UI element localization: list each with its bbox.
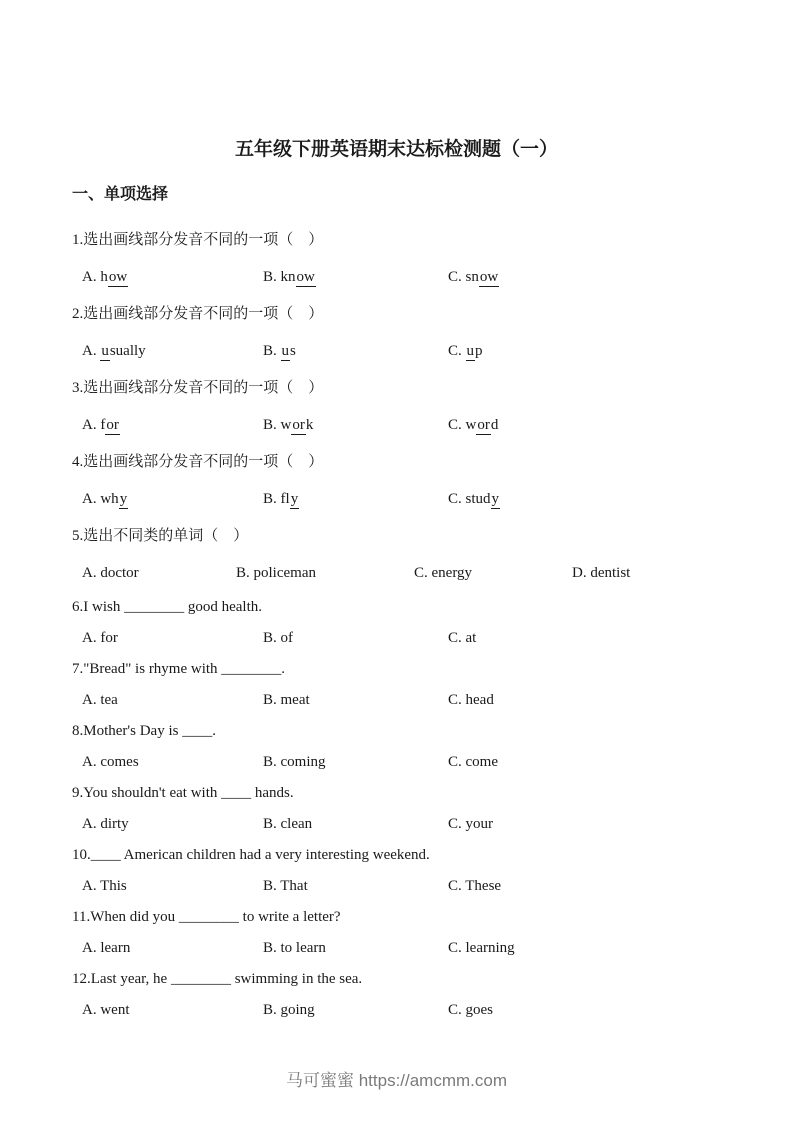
option-text: energy — [432, 565, 473, 581]
option-a: A. usually — [82, 333, 146, 370]
option-text: w — [466, 417, 477, 433]
question-options: A. ThisB. ThatC. These — [72, 871, 753, 902]
option-text: of — [281, 630, 294, 646]
question-stem: 11.When did you ________ to write a lett… — [72, 902, 753, 933]
option-label: D. — [572, 565, 587, 581]
option-b: B. to learn — [263, 933, 326, 964]
question-options: A. usuallyB. usC. up — [72, 333, 753, 370]
option-text: meat — [281, 692, 310, 708]
question-options: A. wentB. goingC. goes — [72, 995, 753, 1026]
option-b: B. going — [263, 995, 315, 1026]
question-stem: 10.____ American children had a very int… — [72, 840, 753, 871]
option-a: A. tea — [82, 685, 118, 716]
page-title: 五年级下册英语期末达标检测题（一） — [0, 0, 793, 161]
question-options: A. forB. ofC. at — [72, 623, 753, 654]
option-underlined-letters: ow — [296, 269, 316, 287]
question-options: A. teaB. meatC. head — [72, 685, 753, 716]
section-heading: 一、单项选择 — [72, 181, 793, 204]
option-c: C. word — [448, 407, 498, 444]
option-c: C. head — [448, 685, 494, 716]
exam-paper-page: 五年级下册英语期末达标检测题（一） 一、单项选择 1.选出画线部分发音不同的一项… — [0, 0, 793, 1122]
option-b: B. of — [263, 623, 293, 654]
option-label: B. — [263, 692, 277, 708]
option-text: wh — [100, 491, 118, 507]
option-label: C. — [448, 692, 462, 708]
option-a: A. for — [82, 623, 118, 654]
option-label: B. — [263, 630, 277, 646]
option-d: D. dentist — [572, 555, 630, 592]
option-text: d — [491, 417, 499, 433]
option-underlined-letters: u — [100, 343, 110, 361]
question-stem: 9.You shouldn't eat with ____ hands. — [72, 778, 753, 809]
option-label: B. — [263, 343, 277, 359]
option-label: C. — [448, 491, 462, 507]
question-stem: 1.选出画线部分发音不同的一项（ ） — [72, 222, 753, 259]
option-label: C. — [448, 269, 462, 285]
option-label: A. — [82, 878, 97, 894]
option-label: C. — [448, 1002, 462, 1018]
option-label: A. — [82, 343, 97, 359]
option-label: C. — [448, 816, 462, 832]
option-text: going — [281, 1002, 315, 1018]
option-text: policeman — [254, 565, 316, 581]
question-stem: 4.选出画线部分发音不同的一项（ ） — [72, 444, 753, 481]
question-stem: 2.选出画线部分发音不同的一项（ ） — [72, 296, 753, 333]
option-c: C. These — [448, 871, 501, 902]
option-text: went — [100, 1002, 129, 1018]
option-a: A. learn — [82, 933, 130, 964]
option-label: B. — [263, 878, 277, 894]
option-c: C. study — [448, 481, 500, 518]
option-underlined-letters: or — [476, 417, 491, 435]
option-c: C. your — [448, 809, 493, 840]
option-text: s — [290, 343, 296, 359]
question-options: A. doctorB. policemanC. energyD. dentist — [72, 555, 753, 592]
option-label: B. — [263, 754, 277, 770]
option-label: C. — [448, 940, 462, 956]
option-label: B. — [263, 1002, 277, 1018]
option-b: B. meat — [263, 685, 310, 716]
option-text: That — [280, 878, 308, 894]
option-text: comes — [100, 754, 138, 770]
option-text: w — [281, 417, 292, 433]
option-b: B. work — [263, 407, 313, 444]
option-text: to learn — [281, 940, 326, 956]
option-label: A. — [82, 754, 97, 770]
option-c: C. up — [448, 333, 483, 370]
option-text: fl — [281, 491, 290, 507]
question-stem: 6.I wish ________ good health. — [72, 592, 753, 623]
option-c: C. learning — [448, 933, 515, 964]
option-text: goes — [466, 1002, 494, 1018]
option-label: B. — [263, 417, 277, 433]
option-label: A. — [82, 692, 97, 708]
option-underlined-letters: ow — [479, 269, 499, 287]
option-a: A. how — [82, 259, 128, 296]
option-text: coming — [281, 754, 326, 770]
option-text: at — [466, 630, 477, 646]
question-options: A. comesB. comingC. come — [72, 747, 753, 778]
option-text: head — [466, 692, 494, 708]
option-a: A. comes — [82, 747, 139, 778]
option-label: C. — [448, 343, 462, 359]
option-label: B. — [263, 940, 277, 956]
question-stem: 3.选出画线部分发音不同的一项（ ） — [72, 370, 753, 407]
option-text: These — [465, 878, 501, 894]
option-label: C. — [448, 754, 462, 770]
option-label: A. — [82, 565, 97, 581]
option-a: A. why — [82, 481, 128, 518]
option-underlined-letters: y — [290, 491, 300, 509]
option-c: C. snow — [448, 259, 499, 296]
option-text: your — [466, 816, 494, 832]
option-a: A. doctor — [82, 555, 139, 592]
option-underlined-letters: u — [466, 343, 476, 361]
option-b: B. us — [263, 333, 296, 370]
option-label: B. — [263, 269, 277, 285]
option-label: C. — [448, 630, 462, 646]
footer-watermark: 马可蜜蜜 https://amcmm.com — [0, 1066, 793, 1091]
option-label: A. — [82, 630, 97, 646]
question-options: A. learnB. to learnC. learning — [72, 933, 753, 964]
option-b: B. fly — [263, 481, 299, 518]
option-underlined-letters: ow — [108, 269, 128, 287]
option-text: clean — [281, 816, 313, 832]
option-text: sually — [110, 343, 146, 359]
option-text: kn — [281, 269, 296, 285]
option-text: h — [100, 269, 108, 285]
option-b: B. That — [263, 871, 308, 902]
option-a: A. This — [82, 871, 127, 902]
option-label: C. — [448, 417, 462, 433]
option-text: p — [475, 343, 483, 359]
option-underlined-letters: y — [119, 491, 129, 509]
option-underlined-letters: u — [281, 343, 291, 361]
option-label: A. — [82, 1002, 97, 1018]
option-underlined-letters: y — [491, 491, 501, 509]
option-label: A. — [82, 940, 97, 956]
option-label: A. — [82, 417, 97, 433]
option-text: learning — [466, 940, 515, 956]
option-label: C. — [448, 878, 462, 894]
option-text: come — [466, 754, 498, 770]
option-c: C. goes — [448, 995, 493, 1026]
option-text: learn — [100, 940, 130, 956]
question-options: A. forB. workC. word — [72, 407, 753, 444]
option-label: B. — [263, 491, 277, 507]
option-label: C. — [414, 565, 428, 581]
option-a: A. went — [82, 995, 130, 1026]
option-text: stud — [466, 491, 491, 507]
option-text: sn — [466, 269, 479, 285]
option-text: k — [306, 417, 314, 433]
option-label: B. — [263, 816, 277, 832]
question-options: A. whyB. flyC. study — [72, 481, 753, 518]
question-stem: 7."Bread" is rhyme with ________. — [72, 654, 753, 685]
option-b: B. policeman — [236, 555, 316, 592]
option-b: B. know — [263, 259, 316, 296]
option-text: doctor — [100, 565, 138, 581]
option-c: C. energy — [414, 555, 472, 592]
option-b: B. coming — [263, 747, 326, 778]
option-label: A. — [82, 816, 97, 832]
question-stem: 12.Last year, he ________ swimming in th… — [72, 964, 753, 995]
option-text: dirty — [100, 816, 128, 832]
option-text: for — [100, 630, 118, 646]
option-underlined-letters: or — [291, 417, 306, 435]
option-c: C. at — [448, 623, 476, 654]
questions-list: 1.选出画线部分发音不同的一项（ ）A. howB. knowC. snow2.… — [0, 222, 793, 1026]
option-label: A. — [82, 491, 97, 507]
option-text: tea — [100, 692, 117, 708]
question-options: A. dirtyB. cleanC. your — [72, 809, 753, 840]
option-label: B. — [236, 565, 250, 581]
option-a: A. for — [82, 407, 120, 444]
option-b: B. clean — [263, 809, 312, 840]
question-stem: 8.Mother's Day is ____. — [72, 716, 753, 747]
question-options: A. howB. knowC. snow — [72, 259, 753, 296]
option-underlined-letters: or — [105, 417, 120, 435]
option-text: dentist — [590, 565, 630, 581]
option-text: This — [100, 878, 127, 894]
option-a: A. dirty — [82, 809, 129, 840]
option-label: A. — [82, 269, 97, 285]
option-c: C. come — [448, 747, 498, 778]
question-stem: 5.选出不同类的单词（ ） — [72, 518, 753, 555]
